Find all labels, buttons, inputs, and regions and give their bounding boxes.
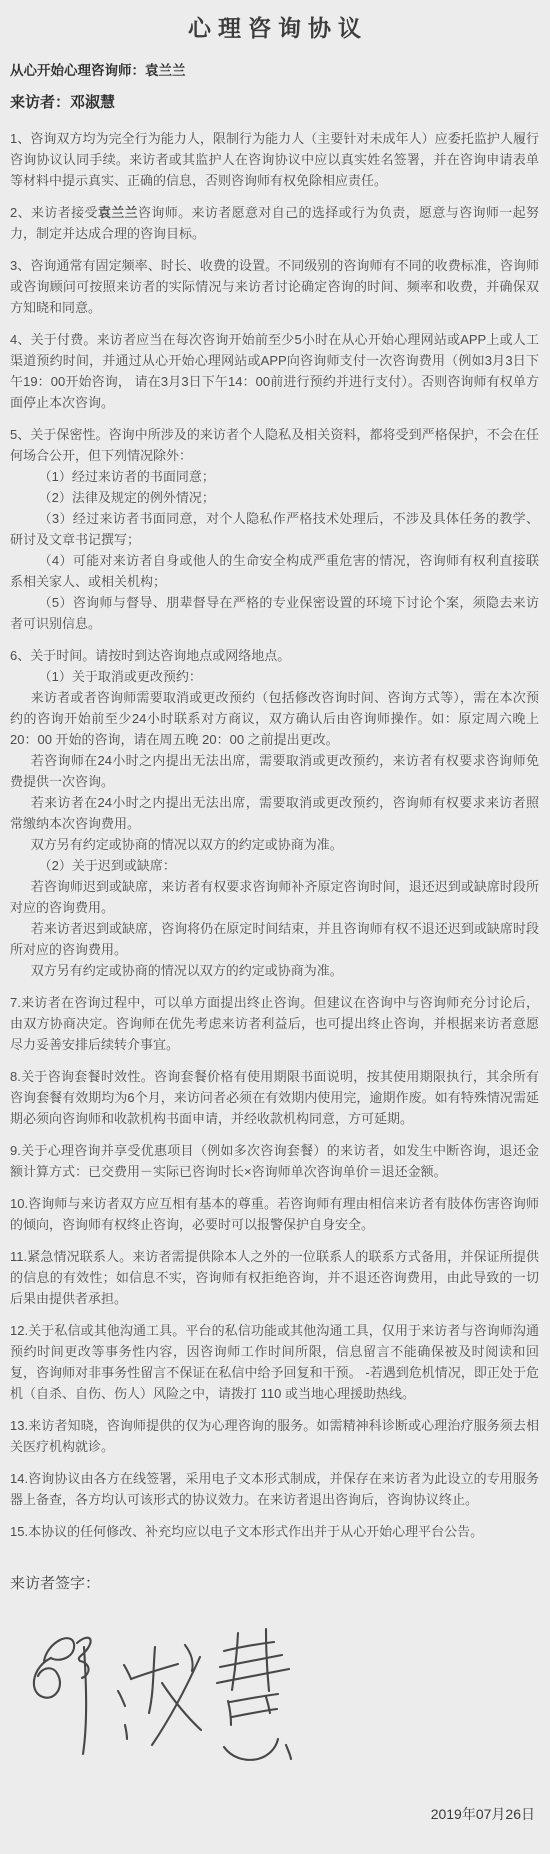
paragraph: 若咨询师在24小时之内提出无法出席，需要取消或更改预约，来访者有权要求咨询师免费… [10, 750, 539, 792]
paragraph: 11.紧急情况联系人。来访者需提供除本人之外的一位联系人的联系方式备用，并保证所… [10, 1246, 539, 1309]
paragraph: 3、咨询通常有固定频率、时长、收费的设置。不同级别的咨询师有不同的收费标准，咨询… [10, 255, 539, 318]
signature-stroke [266, 1629, 269, 1691]
agreement-section: 14.咨询协议由各方在线签署，采用电子文本形式制成，并保存在来访者为此设立的专用… [10, 1468, 539, 1510]
paragraph: 4、关于付费。来访者应当在每次咨询开始前至少5小时在从心开始心理网站或APP上或… [10, 329, 539, 413]
signature-stroke [230, 1694, 278, 1702]
agreement-section: 15.本协议的任何修改、补充均应以电子文本形式作出并于从心开始心理平台公告。 [10, 1521, 539, 1542]
counselor-name: 袁兰兰 [145, 63, 186, 78]
paragraph: 7.来访者在咨询过程中，可以单方面提出终止咨询。但建议在咨询中与咨询师充分讨论后… [10, 992, 539, 1055]
paragraph: 10.咨询师与来访者双方应互相有基本的尊重。若咨询师有理由相信来访者有肢体伤害咨… [10, 1193, 539, 1235]
paragraph: （2）关于迟到或缺席： [10, 855, 539, 876]
agreement-section: 11.紧急情况联系人。来访者需提供除本人之外的一位联系人的联系方式备用，并保证所… [10, 1246, 539, 1309]
agreement-section: 2、来访者接受袁兰兰咨询师。来访者愿意对自己的选择或行为负责，愿意与咨询师一起努… [10, 202, 539, 244]
visitor-line: 来访者：邓淑慧 [10, 91, 539, 112]
signature-stroke [34, 1638, 74, 1698]
paragraph: 15.本协议的任何修改、补充均应以电子文本形式作出并于从心开始心理平台公告。 [10, 1521, 539, 1542]
paragraph: （1）经过来访者的书面同意； [10, 466, 539, 487]
signature-stroke [162, 1683, 201, 1730]
signature-stroke [125, 1725, 127, 1739]
agreement-page: 心理咨询协议 从心开始心理咨询师：袁兰兰 来访者：邓淑慧 1、咨询双方均为完全行… [0, 0, 550, 1854]
agreement-body: 1、咨询双方均为完全行为能力人，限制行为能力人（主要针对未成年人）应委托监护人履… [10, 128, 539, 1542]
agreement-section: 3、咨询通常有固定频率、时长、收费的设置。不同级别的咨询师有不同的收费标准，咨询… [10, 255, 539, 318]
agreement-section: 8.关于咨询套餐时效性。咨询套餐价格有使用期限书面说明，按其使用期限执行，其余所… [10, 1066, 539, 1129]
paragraph: 14.咨询协议由各方在线签署，采用电子文本形式制成，并保存在来访者为此设立的专用… [10, 1468, 539, 1510]
signature-stroke [118, 1691, 125, 1706]
signature-stroke [286, 1745, 291, 1759]
agreement-section: 4、关于付费。来访者应当在每次咨询开始前至少5小时在从心开始心理网站或APP上或… [10, 329, 539, 413]
signature-stroke [217, 1669, 289, 1683]
agreement-section: 13.来访者知晓，咨询师提供的仅为心理咨询的服务。如需精神科诊断或心理治疗服务须… [10, 1415, 539, 1457]
agreement-section: 7.来访者在咨询过程中，可以单方面提出终止咨询。但建议在咨询中与咨询师充分讨论后… [10, 992, 539, 1055]
paragraph: 来访者或者咨询师需要取消或更改预约（包括修改咨询时间、咨询方式等），需在本次预约… [10, 687, 539, 750]
paragraph: 双方另有约定或协商的情况以双方的约定或协商为准。 [10, 834, 539, 855]
paragraph: 9.关于心理咨询并享受优惠项目（例如多次咨询套餐）的来访者，如发生中断咨询，退还… [10, 1140, 539, 1182]
paragraph-text: 2、来访者接受 [10, 205, 98, 220]
signature-stroke [220, 1655, 282, 1667]
signature-stroke [149, 1647, 155, 1713]
signature-area [10, 1593, 539, 1798]
visitor-name: 邓淑慧 [70, 94, 115, 111]
paragraph: 12.关于私信或其他沟通工具。平台的私信功能或其他沟通工具，仅用于来访者与咨询师… [10, 1320, 539, 1404]
paragraph: 8.关于咨询套餐时效性。咨询套餐价格有使用期限书面说明，按其使用期限执行，其余所… [10, 1066, 539, 1129]
signature-stroke [228, 1701, 231, 1725]
paragraph: 若咨询师迟到或缺席，来访者有权要求咨询师补齐原定咨询时间，退还迟到或缺席时段所对… [10, 876, 539, 918]
visitor-signature-handwriting [28, 1621, 318, 1781]
signature-stroke [224, 1739, 278, 1760]
paragraph: （3）经过来访者书面同意，对个人隐私作严格技术处理后，不涉及具体任务的教学、研讨… [10, 508, 539, 550]
agreement-section: 10.咨询师与来访者双方应互相有基本的尊重。若咨询师有理由相信来访者有肢体伤害咨… [10, 1193, 539, 1235]
paragraph: 1、咨询双方均为完全行为能力人，限制行为能力人（主要针对未成年人）应委托监护人履… [10, 128, 539, 191]
visitor-label: 来访者： [10, 94, 70, 111]
counselor-line: 从心开始心理咨询师：袁兰兰 [10, 59, 539, 79]
agreement-section: 9.关于心理咨询并享受优惠项目（例如多次咨询套餐）的来访者，如发生中断咨询，退还… [10, 1140, 539, 1182]
paragraph: 13.来访者知晓，咨询师提供的仅为心理咨询的服务。如需精神科诊断或心理治疗服务须… [10, 1415, 539, 1457]
signature-label: 来访者签字： [10, 1572, 539, 1593]
counselor-name-inline: 袁兰兰 [98, 205, 138, 220]
paragraph: （1）关于取消或更改预约： [10, 666, 539, 687]
signature-stroke [185, 1645, 193, 1671]
paragraph: 双方另有约定或协商的情况以双方的约定或协商为准。 [10, 960, 539, 981]
agreement-section: 6、关于时间。请按时到达咨询地点或网络地点。（1）关于取消或更改预约：来访者或者… [10, 645, 539, 981]
paragraph: 若来访者在24小时之内提出无法出席，需要取消或更改预约，咨询师有权要求来访者照常… [10, 792, 539, 834]
paragraph: 2、来访者接受袁兰兰咨询师。来访者愿意对自己的选择或行为负责，愿意与咨询师一起努… [10, 202, 539, 244]
agreement-section: 5、关于保密性。咨询中所涉及的来访者个人隐私及相关资料，都将受到严格保护，不会在… [10, 424, 539, 634]
signature-stroke [232, 1633, 238, 1690]
paragraph: 5、关于保密性。咨询中所涉及的来访者个人隐私及相关资料，都将受到严格保护，不会在… [10, 424, 539, 466]
signature-stroke [124, 1665, 131, 1679]
signature-date: 2019年07月26日 [10, 1804, 539, 1824]
agreement-section: 1、咨询双方均为完全行为能力人，限制行为能力人（主要针对未成年人）应委托监护人履… [10, 128, 539, 191]
counselor-label: 从心开始心理咨询师： [10, 63, 145, 78]
paragraph: 若来访者迟到或缺席，咨询将仍在原定时间结束，并且咨询师有权不退还迟到或缺席时段所… [10, 918, 539, 960]
paragraph: （4）可能对来访者自身或他人的生命安全构成严重危害的情况，咨询师有权利直接联系相… [10, 550, 539, 592]
paragraph: 6、关于时间。请按时到达咨询地点或网络地点。 [10, 645, 539, 666]
paragraph: （5）咨询师与督导、朋辈督导在严格的专业保密设置的环境下讨论个案，须隐去来访者可… [10, 592, 539, 634]
page-title: 心理咨询协议 [10, 10, 539, 43]
paragraph: （2）法律及规定的例外情况； [10, 487, 539, 508]
agreement-section: 12.关于私信或其他沟通工具。平台的私信功能或其他沟通工具，仅用于来访者与咨询师… [10, 1320, 539, 1404]
